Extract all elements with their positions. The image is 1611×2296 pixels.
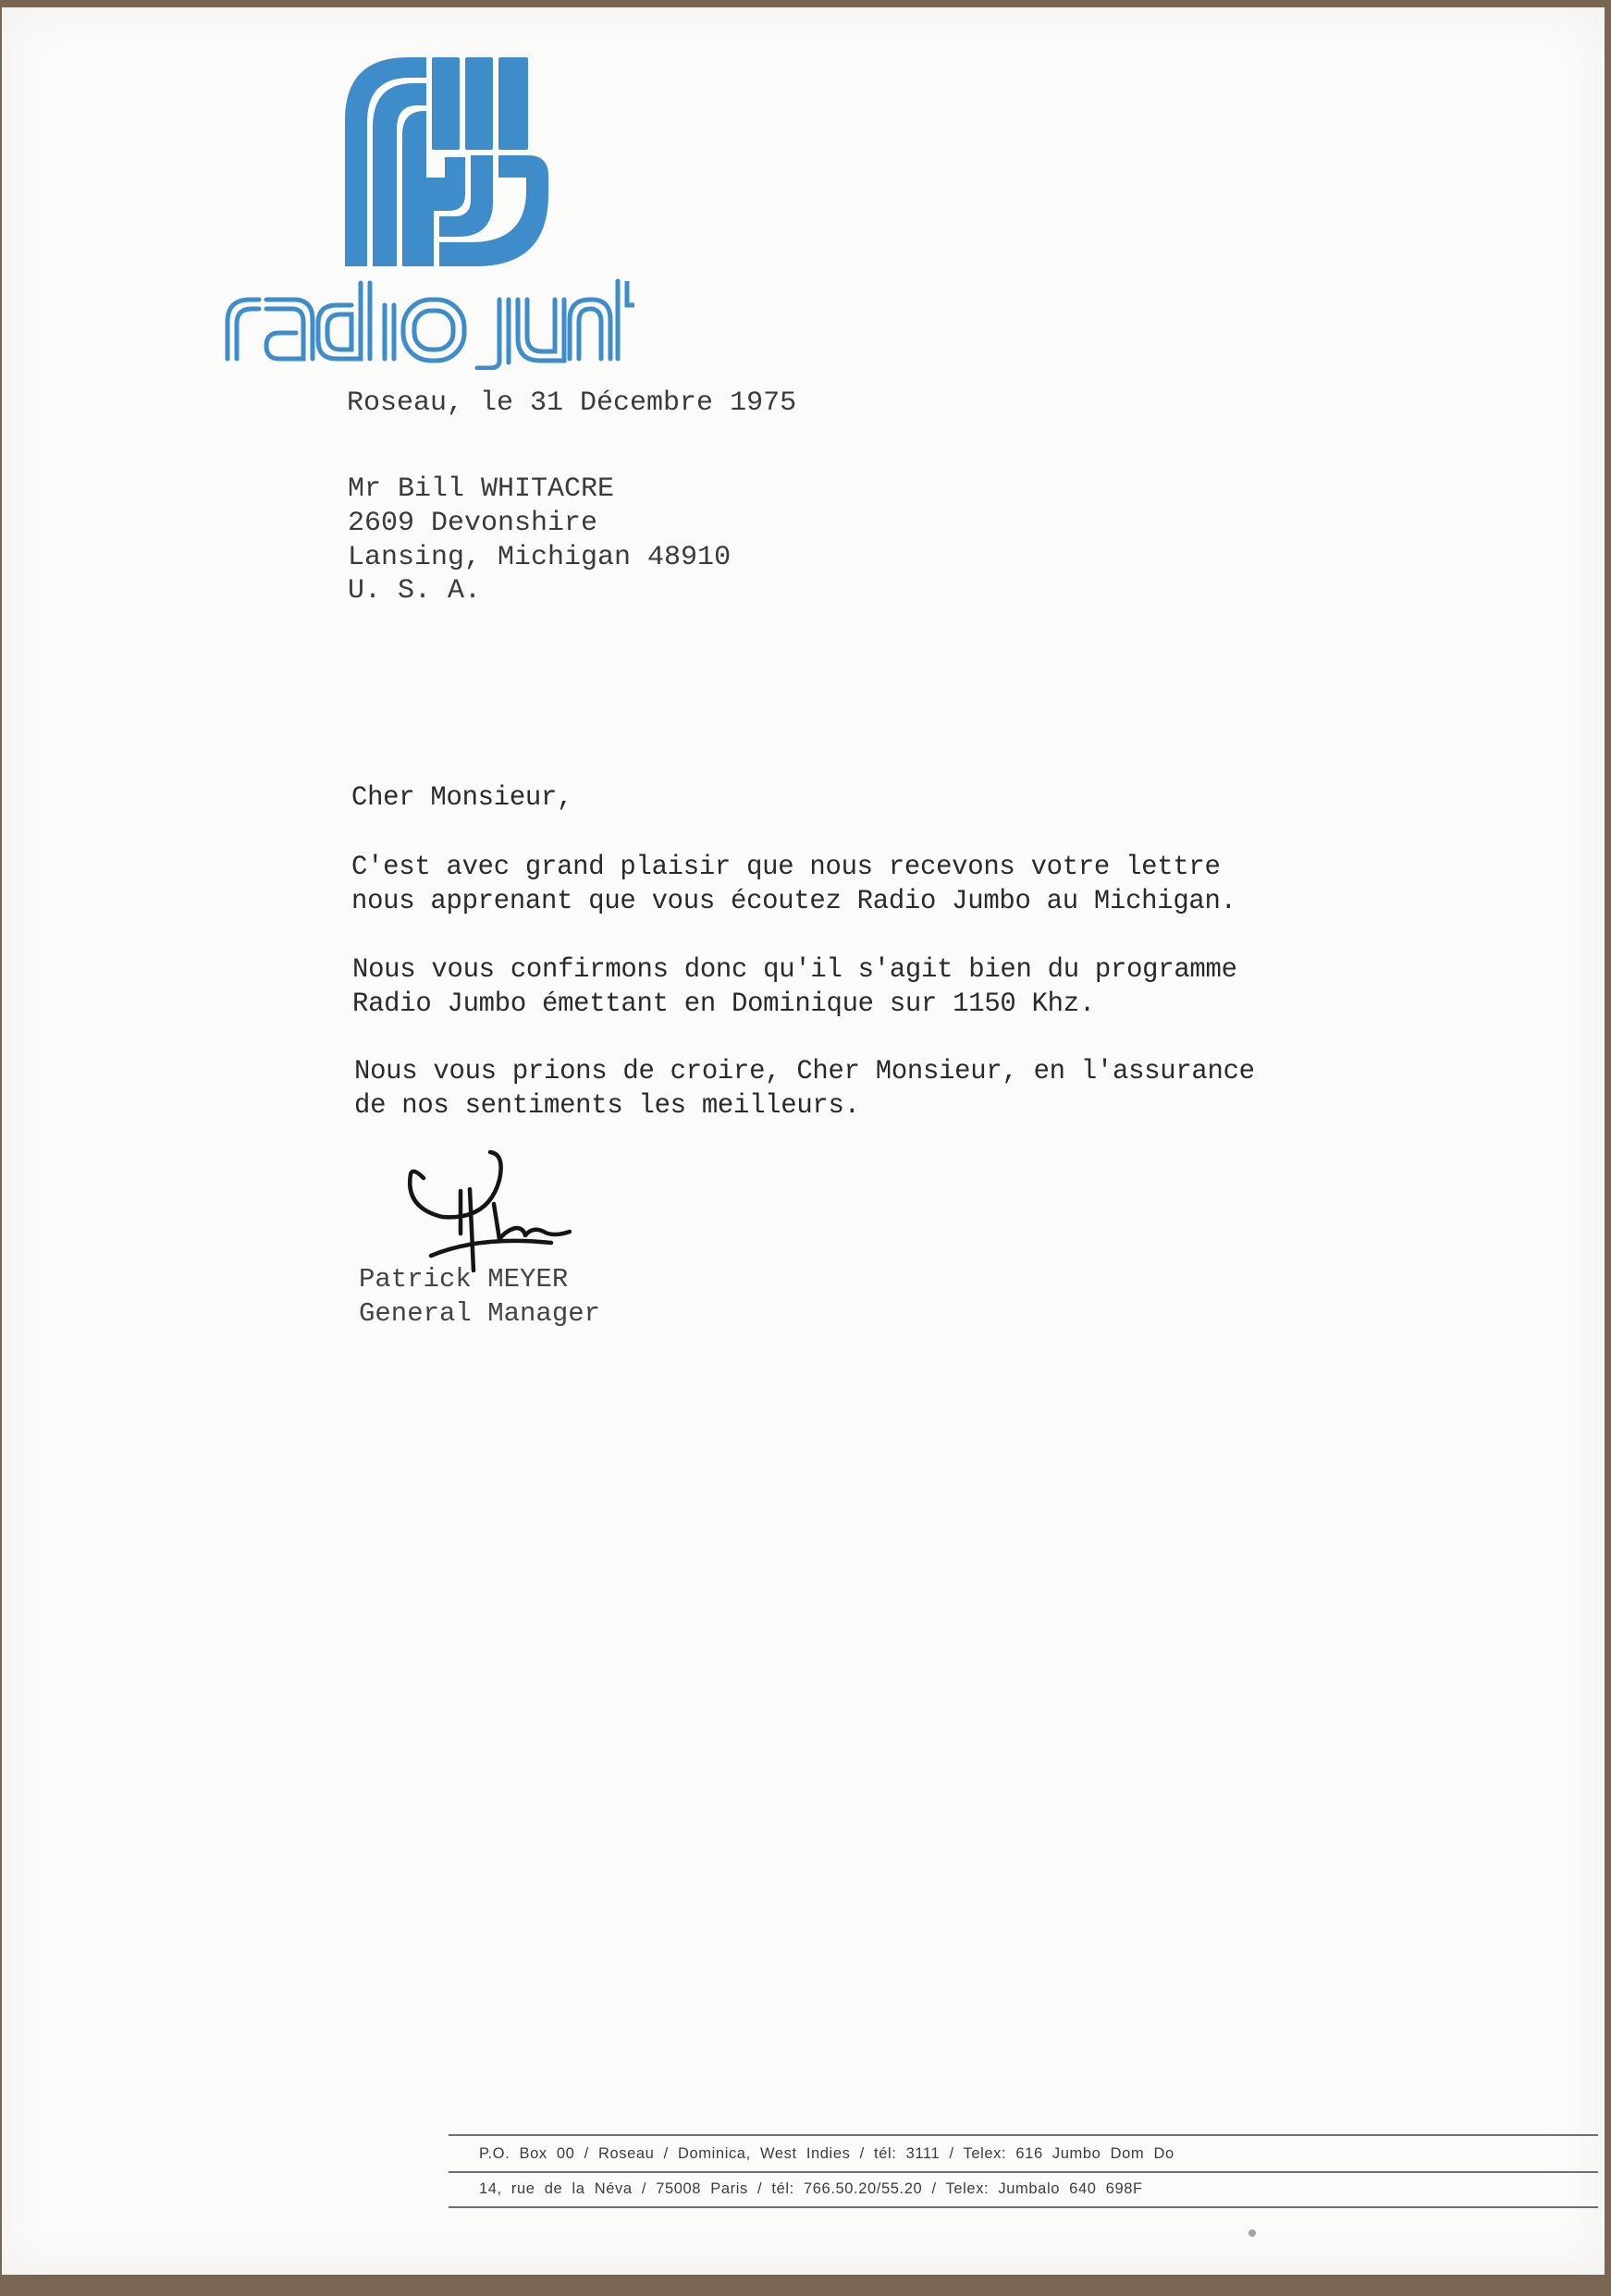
footer-rule [449, 2134, 1598, 2136]
signer-block: Patrick MEYER General Manager [359, 1263, 600, 1332]
paragraph-line: Nous vous confirmons donc qu'il s'agit b… [352, 954, 1237, 986]
body-paragraph: Nous vous prions de croire, Cher Monsieu… [354, 1055, 1255, 1123]
paragraph-line: Radio Jumbo émettant en Dominique sur 11… [352, 988, 1095, 1020]
recipient-street: 2609 Devonshire [348, 508, 597, 539]
body-paragraph: Nous vous confirmons donc qu'il s'agit b… [352, 953, 1237, 1022]
recipient-name: Mr Bill WHITACRE [348, 473, 614, 505]
salutation: Cher Monsieur, [351, 781, 572, 816]
paragraph-line: Nous vous prions de croire, Cher Monsieu… [354, 1056, 1255, 1087]
signer-name: Patrick MEYER [359, 1264, 568, 1295]
footer-address-paris: 14, rue de la Néva / 75008 Paris / tél: … [479, 2180, 1143, 2198]
footer-rule [449, 2171, 1598, 2173]
letter-date: Roseau, le 31 Décembre 1975 [347, 387, 796, 421]
recipient-address: Mr Bill WHITACRE 2609 Devonshire Lansing… [348, 473, 731, 608]
body-paragraph: C'est avec grand plaisir que nous recevo… [351, 851, 1236, 919]
paper-speck [1248, 2229, 1256, 2237]
paragraph-line: C'est avec grand plaisir que nous recevo… [351, 852, 1221, 883]
recipient-city: Lansing, Michigan 48910 [348, 542, 731, 573]
paragraph-line: nous apprenant que vous écoutez Radio Ju… [351, 886, 1236, 917]
radio-jumbo-logo-icon [345, 55, 550, 268]
footer-rule [449, 2206, 1598, 2208]
footer-address-dominica: P.O. Box 00 / Roseau / Dominica, West In… [479, 2145, 1174, 2163]
handwritten-signature-icon [387, 1143, 572, 1272]
signer-title: General Manager [359, 1298, 600, 1329]
paragraph-line: de nos sentiments les meilleurs. [354, 1090, 860, 1122]
recipient-country: U. S. A. [348, 575, 481, 607]
radio-jumbo-wordmark [222, 277, 664, 370]
